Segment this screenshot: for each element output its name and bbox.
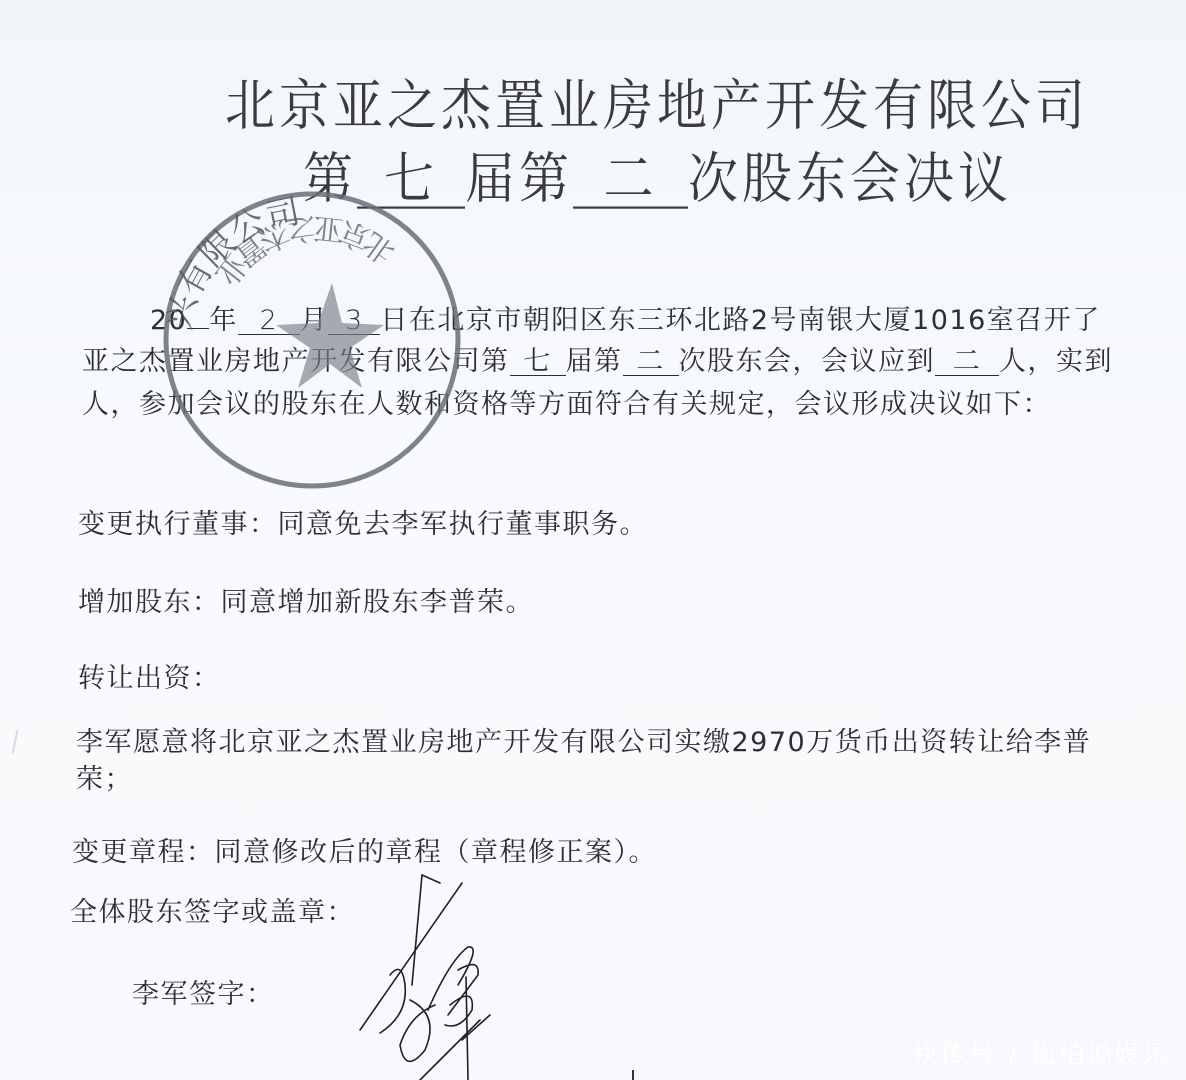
year-fill <box>187 328 209 329</box>
intro-line-1: 20年2月3日在北京市朝阳区东三环北路2号南银大厦1016室召开了 <box>150 298 1101 337</box>
resolution-change-director: 变更执行董事：同意免去李军执行董事职务。 <box>78 502 648 541</box>
term-label: 届第 <box>566 346 623 377</box>
watermark-text: 快传号 / 松柏说娱乐 <box>912 1035 1170 1072</box>
company-text: 亚之杰置业房地产开发有限公司第 <box>82 346 510 377</box>
subtitle-prefix: 第 <box>303 147 357 211</box>
session-label: 次股东会，会议应到 <box>679 346 936 377</box>
year-label: 年 <box>209 305 238 336</box>
document-title: 北京亚之杰置业房地产开发有限公司 <box>225 62 1089 141</box>
li-jun-signature-label: 李军签字： <box>132 972 275 1011</box>
day-location-text: 日在北京市朝阳区东三环北路2号南银大厦1016室召开了 <box>380 305 1100 336</box>
all-shareholders-signature-label: 全体股东签字或盖章： <box>70 890 355 929</box>
year-prefix: 20 <box>150 305 187 336</box>
svg-text:北京亚之杰置业: 北京亚之杰置业 <box>208 209 402 292</box>
session-number-fill: 二 <box>573 152 688 209</box>
handwritten-signature <box>350 865 540 1080</box>
document-subtitle: 第七届第二次股东会决议 <box>303 135 1012 214</box>
month-fill: 2 <box>238 307 300 335</box>
resolution-transfer-heading: 转让出资： <box>78 656 221 695</box>
intro-line-2: 亚之杰置业房地产开发有限公司第七届第二次股东会，会议应到二人，实到 <box>82 339 1113 378</box>
term-number-fill: 七 <box>357 152 465 209</box>
document-page: 北京亚之杰置业房地产开发有限公司 第七届第二次股东会决议 20年2月3日在北京市… <box>0 0 1186 1080</box>
margin-mark <box>12 730 19 754</box>
resolution-transfer-detail: 李军愿意将北京亚之杰置业房地产开发有限公司实缴2970万货币出资转让给李普 <box>76 720 1091 759</box>
resolution-transfer-detail-cont: 荣； <box>76 757 133 796</box>
subtitle-suffix: 次股东会决议 <box>688 147 1012 211</box>
intro-line-3: 人，参加会议的股东在人数和资格等方面符合有关规定，会议形成决议如下： <box>82 382 1051 421</box>
attendees-label: 人，实到 <box>999 346 1113 377</box>
term-fill: 七 <box>510 348 566 376</box>
subtitle-middle: 届第 <box>465 147 573 211</box>
resolution-change-charter: 变更章程：同意修改后的章程（章程修正案）。 <box>72 830 657 869</box>
attendees-fill: 二 <box>935 348 999 376</box>
month-label: 月 <box>300 305 329 336</box>
day-fill: 3 <box>328 307 380 335</box>
session-fill: 二 <box>623 348 679 376</box>
bottom-tick-mark <box>632 1070 634 1080</box>
resolution-add-shareholder: 增加股东：同意增加新股东李普荣。 <box>78 580 534 619</box>
